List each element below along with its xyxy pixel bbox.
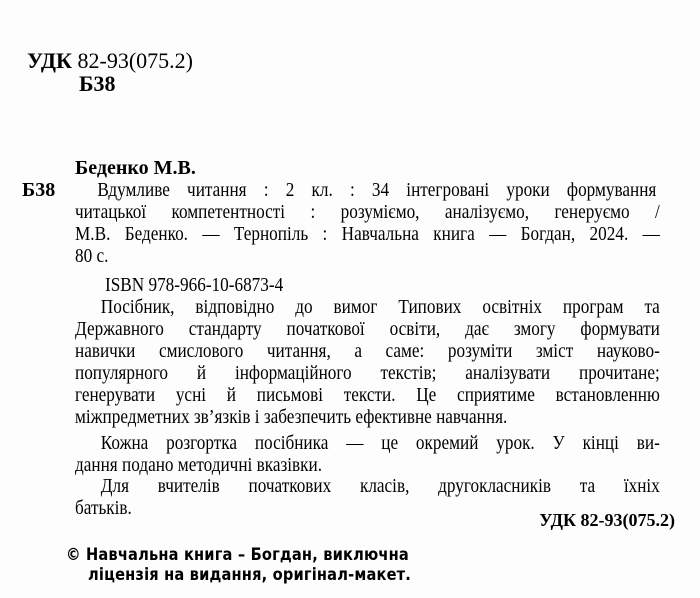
description-line: 80 с. (75, 245, 108, 267)
annotation-line: дання подано методичні вказівки. (75, 454, 322, 476)
copyright-text: Навчальна книга – Богдан, виключна (86, 545, 409, 565)
description-line: М.В. Беденко. — Тернопіль : Навчальна кн… (75, 223, 660, 245)
annotation-line: популярного й інформаційного текстів; ан… (75, 362, 660, 384)
copyright-icon: © (66, 545, 81, 565)
author-sign-top: Б38 (79, 73, 116, 95)
description-line: Вдумливе читання : 2 кл. : 34 інтегрован… (75, 179, 656, 201)
annotation-line: Державного стандарту початкової освіти, … (75, 318, 660, 340)
copyright-line: ©Навчальна книга – Богдан, виключна (66, 544, 409, 566)
annotation-line: Для вчителів початкових класів, другокла… (75, 475, 660, 497)
description-line: читацької компетентності : розуміємо, ан… (75, 201, 660, 223)
annotation-line: міжпредметних зв’язків і забезпечить ефе… (75, 406, 507, 428)
annotation-line: Кожна розгортка посібника — це окремий у… (75, 432, 660, 454)
isbn: ISBN 978-966-10-6873-4 (105, 274, 283, 296)
catalog-card-page: УДК 82-93(075.2) Б38 Беденко М.В. Б38 Вд… (0, 0, 700, 598)
author-name: Беденко М.В. (75, 157, 196, 179)
udk-header: УДК 82-93(075.2) (27, 50, 193, 72)
annotation-line: генерувати усні й письмові тексти. Це сп… (75, 384, 660, 406)
udk-label: УДК (27, 48, 72, 73)
copyright-line: ліцензія на видання, оригінал-макет. (88, 564, 411, 586)
annotation-line: Посібник, відповідно до вимог Типових ос… (75, 296, 660, 318)
annotation-line: навички смислового читання, а саме: розу… (75, 340, 660, 362)
udk-footer: УДК 82-93(075.2) (539, 509, 675, 531)
udk-code: 82-93(075.2) (78, 48, 193, 73)
author-sign-left: Б38 (22, 179, 55, 201)
annotation-line: батьків. (75, 497, 132, 519)
